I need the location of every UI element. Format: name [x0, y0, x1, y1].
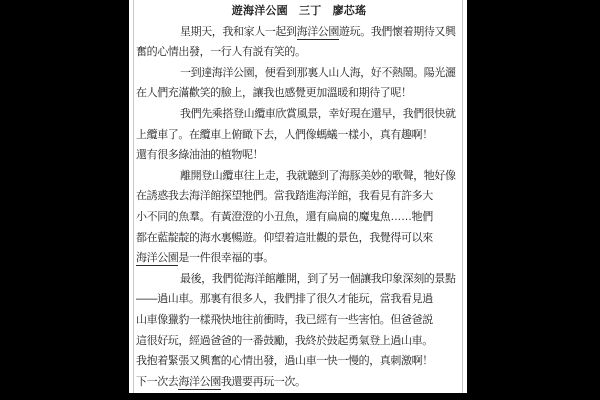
- text-segment: 在人們充滿歡笑的臉上，讓我也感覺更加溫暖和期待了呢！: [136, 87, 412, 99]
- essay-line: 上纜車了。在纜車上俯瞰下去，人們像螞蟻一樣小，真有趣啊！: [136, 125, 462, 146]
- text-segment: 奮的心情出發，一行人有説有笑的。: [136, 46, 306, 58]
- text-segment: 我們先乘搭登山纜車欣賞風景，幸好現在還早，我們很快就: [180, 108, 456, 120]
- text-segment: 遊玩。我們懷着期待又興: [339, 26, 456, 38]
- essay-line: 海洋公園是一件很幸福的事。: [136, 248, 462, 269]
- essay-line: 奮的心情出發，一行人有説有笑的。: [136, 42, 462, 63]
- essay-line: 下一次去海洋公園我還要再玩一次。: [136, 372, 462, 393]
- text-segment: 山車像獵豹一樣飛快地往前衝時，我已經有一些害怕。但爸爸説: [136, 314, 433, 326]
- essay-line: 在誘惑我去海洋館探望牠們。當我踏進海洋館，我看見有許多大: [136, 186, 462, 207]
- essay-line: 一到達海洋公園，便看到那裏人山人海，好不熱鬧。陽光灑: [136, 63, 462, 84]
- text-segment: 還有很多綠油油的植物呢！: [136, 149, 263, 161]
- essay-title: 遊海洋公園 三丁 廖芯瑤: [136, 1, 462, 22]
- document-page: 遊海洋公園 三丁 廖芯瑤 星期天，我和家人一起到海洋公園遊玩。我們懷着期待又興奮…: [129, 0, 467, 393]
- text-segment: 最後，我們從海洋館離開，到了另一個讓我印象深刻的景點: [180, 273, 456, 285]
- essay-line: 都在藍靛靛的海水裏暢遊。仰望着這壯觀的景色，我覺得可以來: [136, 228, 462, 249]
- essay-line: 還有很多綠油油的植物呢！: [136, 145, 462, 166]
- text-segment: 上纜車了。在纜車上俯瞰下去，人們像螞蟻一樣小，真有趣啊！: [136, 129, 433, 141]
- page-frame-rule-right: [462, 0, 463, 393]
- essay-line: 山車像獵豹一樣飛快地往前衝時，我已經有一些害怕。但爸爸説: [136, 310, 462, 331]
- underlined-term: 海洋公園: [136, 252, 178, 266]
- letterbox-bottom: [0, 393, 600, 400]
- essay-line: 我們先乘搭登山纜車欣賞風景，幸好現在還早，我們很快就: [136, 104, 462, 125]
- text-segment: 小不同的魚羣。有黃澄澄的小丑魚，還有扁扁的魔鬼魚……牠們: [136, 211, 433, 223]
- screenshot-stage: 遊海洋公園 三丁 廖芯瑤 星期天，我和家人一起到海洋公園遊玩。我們懷着期待又興奮…: [0, 0, 600, 400]
- page-frame-rule-left: [133, 0, 134, 393]
- text-segment: 我抱着緊張又興奮的心情出發，過山車一快一慢的，真刺激啊！: [136, 355, 433, 367]
- essay-line: 在人們充滿歡笑的臉上，讓我也感覺更加溫暖和期待了呢！: [136, 83, 462, 104]
- text-segment: 這很好玩，經過爸爸的一番鼓勵，我終於鼓起勇氣登上過山車。: [136, 335, 433, 347]
- essay-line: ——過山車。那裏有很多人，我們排了很久才能玩，當我看見過: [136, 289, 462, 310]
- essay-line: 我抱着緊張又興奮的心情出發，過山車一快一慢的，真刺激啊！: [136, 351, 462, 372]
- text-segment: ——過山車。那裏有很多人，我們排了很久才能玩，當我看見過: [136, 293, 433, 305]
- text-segment: 我還要再玩一次。: [221, 376, 306, 388]
- underlined-term: 海洋公園: [178, 376, 220, 390]
- letterbox-right: [467, 0, 600, 400]
- essay-line: 這很好玩，經過爸爸的一番鼓勵，我終於鼓起勇氣登上過山車。: [136, 331, 462, 352]
- essay-line: 星期天，我和家人一起到海洋公園遊玩。我們懷着期待又興: [136, 22, 462, 43]
- text-segment: 星期天，我和家人一起到: [180, 26, 297, 38]
- text-segment: 下一次去: [136, 376, 178, 388]
- essay-line: 最後，我們從海洋館離開，到了另一個讓我印象深刻的景點: [136, 269, 462, 290]
- text-segment: 離開登山纜車往上走，我就聽到了海豚美妙的歌聲，牠好像: [180, 170, 456, 182]
- essay-content: 遊海洋公園 三丁 廖芯瑤 星期天，我和家人一起到海洋公園遊玩。我們懷着期待又興奮…: [136, 1, 462, 392]
- underlined-term: 海洋公園: [297, 26, 339, 40]
- text-segment: 一到達海洋公園，便看到那裏人山人海，好不熱鬧。陽光灑: [180, 67, 456, 79]
- essay-line: 小不同的魚羣。有黃澄澄的小丑魚，還有扁扁的魔鬼魚……牠們: [136, 207, 462, 228]
- essay-line: 離開登山纜車往上走，我就聽到了海豚美妙的歌聲，牠好像: [136, 166, 462, 187]
- letterbox-left: [0, 0, 129, 400]
- essay-body: 星期天，我和家人一起到海洋公園遊玩。我們懷着期待又興奮的心情出發，一行人有説有笑…: [136, 22, 462, 393]
- text-segment: 是一件很幸福的事。: [178, 252, 273, 264]
- text-segment: 在誘惑我去海洋館探望牠們。當我踏進海洋館，我看見有許多大: [136, 190, 433, 202]
- text-segment: 都在藍靛靛的海水裏暢遊。仰望着這壯觀的景色，我覺得可以來: [136, 232, 433, 244]
